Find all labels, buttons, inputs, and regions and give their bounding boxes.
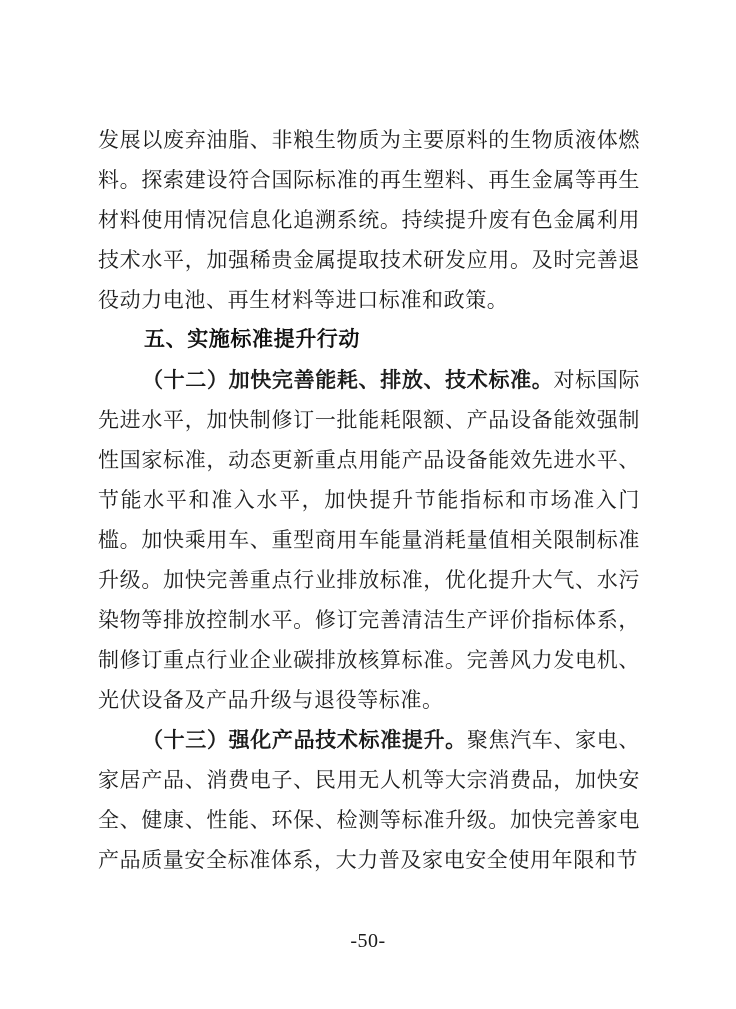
paragraph-item-12: （十二）加快完善能耗、排放、技术标准。对标国际先进水平，加快制修订一批能耗限额、… bbox=[98, 360, 640, 720]
document-page: 发展以废弃油脂、非粮生物质为主要原料的生物质液体燃料。探索建设符合国际标准的再生… bbox=[0, 0, 736, 1009]
paragraph-item-12-lead: （十二）加快完善能耗、排放、技术标准。 bbox=[142, 368, 553, 392]
paragraph-item-12-text: 对标国际先进水平，加快制修订一批能耗限额、产品设备能效强制性国家标准，动态更新重… bbox=[98, 368, 640, 712]
paragraph-item-13-lead: （十三）强化产品技术标准提升。 bbox=[142, 728, 467, 752]
paragraph-item-13: （十三）强化产品技术标准提升。聚焦汽车、家电、家居产品、消费电子、民用无人机等大… bbox=[98, 720, 640, 880]
paragraph-continuation: 发展以废弃油脂、非粮生物质为主要原料的生物质液体燃料。探索建设符合国际标准的再生… bbox=[98, 120, 640, 320]
page-body: 发展以废弃油脂、非粮生物质为主要原料的生物质液体燃料。探索建设符合国际标准的再生… bbox=[98, 120, 640, 880]
section-heading: 五、实施标准提升行动 bbox=[98, 320, 640, 360]
page-number: -50- bbox=[0, 929, 736, 953]
